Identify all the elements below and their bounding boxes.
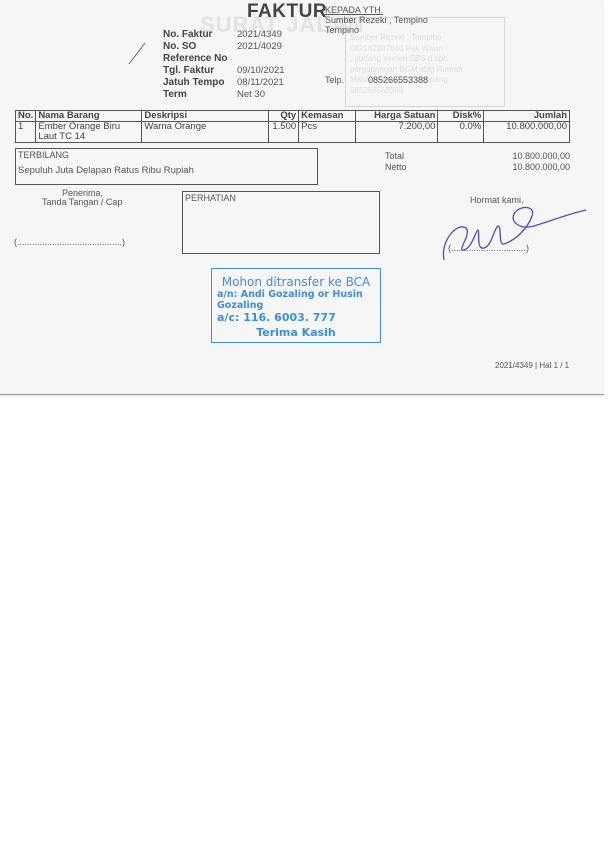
cell-no: 1 <box>16 122 36 143</box>
stamp-line-thanks: Terima Kasih <box>212 326 380 339</box>
bank-transfer-stamp: Mohon ditransfer ke BCA a/n: Andi Gozali… <box>211 268 381 343</box>
col-header-no: No. <box>16 111 36 122</box>
meta-value-no-faktur: 2021/4349 <box>237 29 317 40</box>
recipient-city: Tempino <box>325 25 359 35</box>
cell-jumlah: 10.800.000,00 <box>484 122 570 143</box>
meta-label-term: Term <box>163 89 237 100</box>
recipient-heading: KEPADA YTH. <box>325 5 383 15</box>
col-header-deskripsi: Deskripsi <box>142 111 269 122</box>
cell-kemasan: Pcs <box>299 122 356 143</box>
signature-icon <box>438 200 588 265</box>
col-header-disk: Disk% <box>438 111 484 122</box>
ghost-address-line: pergudangan BGM sblg Rumah <box>350 65 463 76</box>
pen-mark-icon <box>125 40 150 70</box>
terbilang-label: TERBILANG <box>18 150 315 160</box>
phone-number: 085266553388 <box>368 75 428 85</box>
cell-harga-satuan: 7.200,00 <box>356 122 438 143</box>
ghost-address-line: 085266553388 <box>350 86 463 97</box>
meta-value-jatuh-tempo: 08/11/2021 <box>237 77 317 88</box>
col-header-jumlah: Jumlah <box>484 111 570 122</box>
recipient-name: Sumber Rezeki , Tempino <box>325 15 428 25</box>
meta-label-jatuh-tempo: Jatuh Tempo <box>163 77 237 88</box>
stamp-line-account-number: a/c: 116. 6003. 777 <box>212 311 380 324</box>
perhatian-box: PERHATIAN <box>182 191 380 254</box>
ghost-address-line: Sumber Rezeki , Tempino <box>350 33 463 44</box>
meta-value-no-so: 2021/4029 <box>237 41 317 52</box>
ghost-address-line: , gudang semen SBS d dpn <box>350 54 463 65</box>
cell-qty: 1.500 <box>269 122 299 143</box>
netto-label: Netto <box>385 162 407 172</box>
meta-value-reference-no <box>237 53 317 64</box>
stamp-line-account-name: a/n: Andi Gozaling or Husin Gozaling <box>212 289 380 311</box>
meta-label-reference-no: Reference No <box>163 53 237 64</box>
table-row: 1 Ember Orange Biru Laut TC 14 Warna Ora… <box>16 122 570 143</box>
invoice-meta: No. Faktur 2021/4349 No. SO 2021/4029 Re… <box>163 29 317 100</box>
col-header-kemasan: Kemasan <box>299 111 356 122</box>
total-value: 10.800.000,00 <box>498 151 570 161</box>
phone-label: Telp. <box>325 75 344 85</box>
col-header-nama-barang: Nama Barang <box>36 111 142 122</box>
invoice-page: SURAT JALAN FAKTUR No. Faktur 2021/4349 … <box>0 0 604 395</box>
meta-value-term: Net 30 <box>237 89 317 100</box>
cell-disk: 0.0% <box>438 122 484 143</box>
receiver-signature-line: (.......................................… <box>14 237 125 247</box>
cell-deskripsi: Warna Orange <box>142 122 269 143</box>
page-title: FAKTUR <box>247 1 327 23</box>
terbilang-text: Sepuluh Juta Delapan Ratus Ribu Rupiah <box>18 165 315 176</box>
perhatian-label: PERHATIAN <box>185 193 377 203</box>
terbilang-box: TERBILANG Sepuluh Juta Delapan Ratus Rib… <box>15 148 318 185</box>
meta-value-tgl-faktur: 09/10/2021 <box>237 65 317 76</box>
stamp-line-transfer: Mohon ditransfer ke BCA <box>212 275 380 289</box>
meta-label-no-so: No. SO <box>163 41 237 52</box>
ghost-address: Sumber Rezeki , Tempino 082182287640 Pak… <box>350 33 463 96</box>
meta-label-tgl-faktur: Tgl. Faktur <box>163 65 237 76</box>
ghost-address-line: 082182287640 Pak Wiwin <box>350 44 463 55</box>
cell-nama-barang: Ember Orange Biru Laut TC 14 <box>36 122 142 143</box>
page-footer: 2021/4349 | Hal 1 / 1 <box>495 361 569 370</box>
col-header-qty: Qty <box>269 111 299 122</box>
receiver-sign-caption: Tanda Tangan / Cap <box>42 197 122 207</box>
col-header-harga-satuan: Harga Satuan <box>356 111 438 122</box>
total-label: Total <box>385 151 404 161</box>
meta-label-no-faktur: No. Faktur <box>163 29 237 40</box>
netto-value: 10.800.000,00 <box>498 162 570 172</box>
items-table: No. Nama Barang Deskripsi Qty Kemasan Ha… <box>15 110 570 143</box>
table-header-row: No. Nama Barang Deskripsi Qty Kemasan Ha… <box>16 111 570 122</box>
